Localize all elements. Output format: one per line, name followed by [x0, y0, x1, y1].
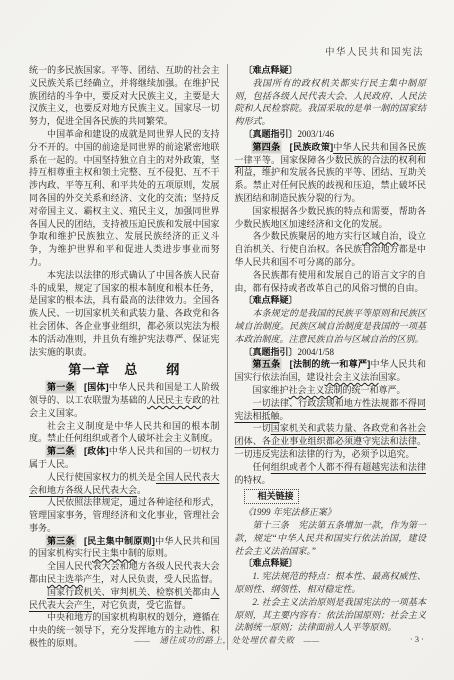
text-segment: 我国所有的政权机关都实行民主集中制原则，包括各级人民代表大会、人民政府、人民法院… [235, 78, 427, 126]
text-segment: 第五条 [253, 359, 281, 369]
page-header-title: 中华人民共和国宪法 [325, 44, 424, 58]
article-5-paragraph-2: 国家维护社会主义法制的统一和尊严。 [235, 384, 427, 397]
text-segment: 人民依照法律规定，通过各种途径和形式，管理国家事务，管理经济和文化事业，管理社会… [29, 497, 220, 533]
text-segment: 中国革命和建设的成就是同世界人民的支持分不开的。中国的前途是同世界的前途紧密地联… [29, 129, 220, 267]
text-segment: 人民民主专政 [147, 395, 201, 405]
text-segment: 第二条 [47, 446, 75, 456]
difficulty-note-label-2: 〔难点释疑〕 [235, 294, 427, 307]
text-segment: [民族政策] [290, 142, 333, 152]
difficulty-note-3-item-1: 1. 宪法规范的特点：根本性、最高权威性、原则性、纲领性、相对稳定性。 [235, 570, 427, 596]
text-segment: 2. 社会主义法治原则是我国宪法的一项基本原则，其主要内容有：依法治国原则；社会… [235, 597, 427, 633]
text-segment: 国家根据各少数民族的特点和需要，帮助各少数民族地区加速经济和文化的发展。 [235, 206, 427, 229]
text-segment: 区域自治 [362, 231, 399, 241]
difficulty-note-2: 本条规定的是我国的民族平等原则和民族区域自治制度。民族区域自治制度是我国的一项基… [235, 307, 427, 345]
text-segment: 民主集中制 [92, 548, 137, 558]
text-segment [75, 446, 84, 456]
difficulty-note-label-3: 〔难点释疑〕 [235, 557, 427, 570]
article-3-paragraph-2: 全国人民代表大会和地方各级人民代表大会都由民主选举产生，对人民负责，受人民监督。 [29, 560, 220, 586]
text-segment: 1. 宪法规范的特点：根本性、最高权威性、原则性、纲领性、相对稳定性。 [235, 571, 427, 594]
continuation-paragraph: 统一的多民族国家。平等、团结、互助的社会主义民族关系已经确立，并将继续加强。在维… [29, 64, 220, 128]
text-segment: 的统一和尊严。 [343, 385, 406, 395]
text-segment: 〔难点释疑〕 [244, 65, 298, 75]
page-number: · 3 · [410, 634, 424, 644]
text-segment: 国家维护 [253, 385, 289, 395]
article-2: 第二条 [政体]中华人民共和国的一切权力属于人民。 [29, 445, 220, 471]
article-5-paragraph-5: 任何组织或者个人都不得有超越宪法和法律的特权。 [235, 461, 427, 487]
text-segment: 第十三条 宪法第五条增加一款，作为第一款，规定“中华人民共和国实行依法治国，建设… [235, 520, 427, 556]
text-segment: 。 [280, 411, 289, 421]
article-1-paragraph-2: 社会主义制度是中华人民共和国的根本制度。禁止任何组织或者个人破坏社会主义制度。 [29, 420, 220, 446]
text-segment: 第四条 [253, 142, 281, 152]
text-segment: 2004/1/58 [298, 347, 335, 357]
article-4-paragraph-2: 国家根据各少数民族的特点和需要，帮助各少数民族地区加速经济和文化的发展。 [235, 205, 427, 231]
text-segment: 各民族都有使用和发展自己的语言文字的自由，都有保持或者改革自己的风俗习惯的自由。 [235, 270, 427, 293]
exam-ref-2004: 〔真题指引〕2004/1/58 [235, 346, 427, 359]
amendment-title: 《1999 年宪法修正案》 [235, 506, 427, 519]
text-segment: [法制的统一和尊严] [290, 359, 371, 369]
text-segment: 《1999 年宪法修正案》 [244, 507, 336, 517]
text-segment: 〔真题指引〕 [244, 129, 298, 139]
article-5-paragraph-4: 一切国家机关和武装力量、各政党和各社会团体、各企业事业组织都必须遵守宪法和法律。… [235, 422, 427, 460]
text-segment: 都由 [192, 587, 210, 597]
text-segment: 组织或者个人都不得有超越宪法和法律 [271, 462, 426, 472]
text-segment: 一切法律、行政法规和地方性法规都不得同宪法相抵触 [235, 398, 427, 421]
text-segment: 2003/1/46 [298, 129, 335, 139]
text-segment: 〔难点释疑〕 [244, 558, 298, 568]
page-footer: —— 通往成功的路上，处处埋伏着失败 —— · 3 · [0, 634, 454, 648]
text-segment: 民主选举 [47, 574, 83, 584]
article-4-paragraph-4: 各民族都有使用和发展自己的语言文字的自由，都有保持或者改革自己的风俗习惯的自由。 [235, 269, 427, 295]
text-segment: 的特权。 [235, 475, 271, 485]
difficulty-note-1: 我国所有的政权机关都实行民主集中制原则，包括各级人民代表大会、人民政府、人民法院… [235, 77, 427, 128]
exam-ref-2003: 〔真题指引〕2003/1/46 [235, 128, 427, 141]
text-segment: 国家。 [379, 372, 406, 382]
page-content: 统一的多民族国家。平等、团结、互助的社会主义民族关系已经确立，并将继续加强。在维… [29, 64, 426, 650]
related-link-box: 相关链接 [235, 489, 427, 504]
right-column: 〔难点释疑〕我国所有的政权机关都实行民主集中制原则，包括各级人民代表大会、人民政… [228, 64, 427, 650]
text-segment: 各少数民族聚居的地方实行 [253, 231, 363, 241]
text-segment: 〔难点释疑〕 [244, 295, 298, 305]
text-segment: 人民行使国家权力的机关是 [47, 472, 156, 482]
text-segment: 本宪法以法律的形式确认了中国各族人民奋斗的成果，规定了国家的根本制度和根本任务，… [29, 270, 220, 357]
text-segment [75, 536, 84, 546]
text-segment: 统一的多民族国家。平等、团结、互助的社会主义民族关系已经确立，并将继续加强。在维… [29, 65, 220, 126]
text-segment: 的原则。 [137, 548, 173, 558]
text-segment: 〔真题指引〕 [244, 347, 298, 357]
difficulty-note-3-item-2: 2. 社会主义法治原则是我国宪法的一项基本原则，其主要内容有：依法治国原则；社会… [235, 596, 427, 634]
text-segment [280, 142, 289, 152]
text-segment: ，对它负责，受它监督。 [92, 600, 191, 610]
article-3: 第三条 [民主集中制原则]中华人民共和国的国家机构实行民主集中制的原则。 [29, 535, 220, 561]
article-2-paragraph-3: 人民依照法律规定，通过各种途径和形式，管理国家事务，管理经济和文化事业，管理社会… [29, 496, 220, 534]
article-1: 第一条 [国体]中华人民共和国是工人阶级领导的、以工农联盟为基础的人民民主专政的… [29, 381, 220, 419]
text-segment: [民主集中制原则] [84, 536, 155, 546]
article-4: 第四条 [民族政策]中华人民共和国各民族一律平等。国家保障各少数民族的合法的权利… [235, 141, 427, 205]
text-segment: 社会主义法治 [325, 372, 379, 382]
text-segment [75, 382, 84, 392]
text-segment: [政体] [84, 446, 109, 456]
article-5-paragraph-3: 一切法律、行政法规和地方性法规都不得同宪法相抵触。 [235, 397, 427, 423]
preamble-paragraph-constitution-force: 本宪法以法律的形式确认了中国各族人民奋斗的成果，规定了国家的根本制度和根本任务，… [29, 269, 220, 359]
difficulty-note-label-1: 〔难点释疑〕 [235, 64, 427, 77]
text-segment: 第一章 总 纲 [68, 362, 180, 377]
text-segment: 一切 [253, 423, 271, 433]
left-column: 统一的多民族国家。平等、团结、互助的社会主义民族关系已经确立，并将继续加强。在维… [29, 64, 228, 650]
text-segment: 社会主义制度是中华人民共和国的根本制度。禁止任何组织或者个人破坏社会主义制度。 [29, 421, 220, 444]
text-segment: 第一条 [47, 382, 75, 392]
text-segment [280, 359, 289, 369]
article-5: 第五条 [法制的统一和尊严]中华人民共和国实行依法治国，建设社会主义法治国家。 [235, 358, 427, 384]
article-2-paragraph-2: 人民行使国家权力的机关是全国人民代表大会和地方各级人民代表大会。 [29, 471, 220, 497]
related-link-label: 相关链接 [244, 489, 299, 504]
text-segment: [国体] [84, 382, 109, 392]
amendment-text: 第十三条 宪法第五条增加一款，作为第一款，规定“中华人民共和国实行依法治国，建设… [235, 519, 427, 557]
text-segment: 。 [137, 485, 146, 495]
chapter-1-heading: 第一章 总 纲 [29, 364, 220, 377]
text-segment: 产生，对人民负责，受人民监督。 [83, 574, 218, 584]
article-3-paragraph-3: 国家行政机关、审判机关、检察机关都由人民代表大会产生，对它负责，受它监督。 [29, 586, 220, 612]
preamble-paragraph-foreign-policy: 中国革命和建设的成就是同世界人民的支持分不开的。中国的前途是同世界的前途紧密地联… [29, 128, 220, 269]
text-segment: 国家行政机关、审判机关、检察机关 [47, 587, 192, 597]
text-segment: 第三条 [47, 536, 75, 546]
text-segment: 社会主义法制 [289, 385, 343, 395]
footer-motto: —— 通往成功的路上，处处埋伏着失败 —— [0, 634, 454, 646]
article-4-paragraph-3: 各少数民族聚居的地方实行区域自治，设立自治机关、行使自治权。各民族自治地方都是中… [235, 230, 427, 268]
book-page: 中华人民共和国宪法 统一的多民族国家。平等、团结、互助的社会主义民族关系已经确立… [0, 0, 454, 680]
text-segment: 任何 [253, 462, 271, 472]
text-segment: 本条规定的是我国的民族平等原则和民族区域自治制度。民族区域自治制度是我国的一项基… [235, 308, 427, 344]
